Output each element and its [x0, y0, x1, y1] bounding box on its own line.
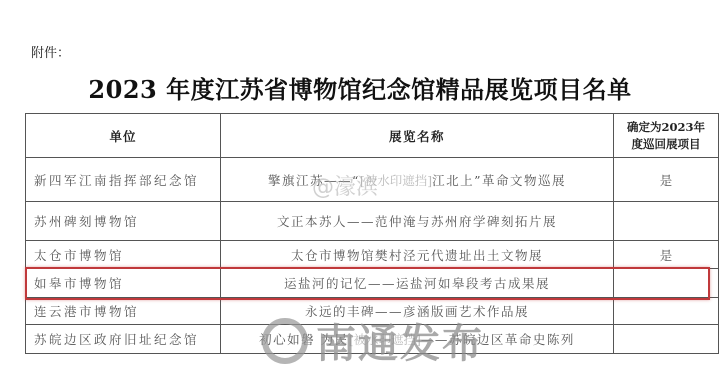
touring-cell: 是: [614, 241, 719, 269]
exhibition-cell: 擎旗江苏——“[被水印遮挡]江北上”革命文物巡展: [221, 158, 614, 202]
touring-cell: [614, 269, 719, 298]
exhibition-cell: 运盐河的记忆——运盐河如皋段考古成果展: [221, 269, 614, 298]
table-header-row: 单位 展览名称 确定为2023年度巡回展项目: [26, 114, 719, 158]
table-row-highlighted: 如皋市博物馆 运盐河的记忆——运盐河如皋段考古成果展: [26, 269, 719, 298]
exhibition-visible-suffix: 江北上”革命文物巡展: [432, 173, 566, 188]
header-exhibition-name: 展览名称: [221, 114, 614, 158]
table-row: 苏州碑刻博物馆 文正本苏人——范仲淹与苏州府学碑刻拓片展: [26, 202, 719, 241]
brand-watermark: 南通发布: [262, 312, 484, 369]
unit-cell: 连云港市博物馆: [26, 298, 221, 325]
exhibition-cell: 太仓市博物馆樊村泾元代遗址出土文物展: [221, 241, 614, 269]
weibo-watermark: @濠滨: [312, 170, 378, 201]
brand-watermark-text: 南通发布: [316, 312, 484, 369]
brand-logo-icon: [262, 318, 308, 364]
unit-cell: 苏皖边区政府旧址纪念馆: [26, 325, 221, 354]
header-touring: 确定为2023年度巡回展项目: [614, 114, 719, 158]
unit-cell: 太仓市博物馆: [26, 241, 221, 269]
attachment-label: 附件：: [31, 42, 70, 61]
touring-cell: [614, 325, 719, 354]
document-title: 2023 年度江苏省博物馆纪念馆精品展览项目名单: [0, 70, 720, 105]
unit-cell: 新四军江南指挥部纪念馆: [26, 158, 221, 202]
touring-cell: [614, 202, 719, 241]
touring-cell: [614, 298, 719, 325]
exhibition-cell: 文正本苏人——范仲淹与苏州府学碑刻拓片展: [221, 202, 614, 241]
touring-cell: 是: [614, 158, 719, 202]
unit-cell: 如皋市博物馆: [26, 269, 221, 298]
header-unit: 单位: [26, 114, 221, 158]
unit-cell: 苏州碑刻博物馆: [26, 202, 221, 241]
table-row: 太仓市博物馆 太仓市博物馆樊村泾元代遗址出土文物展 是: [26, 241, 719, 269]
